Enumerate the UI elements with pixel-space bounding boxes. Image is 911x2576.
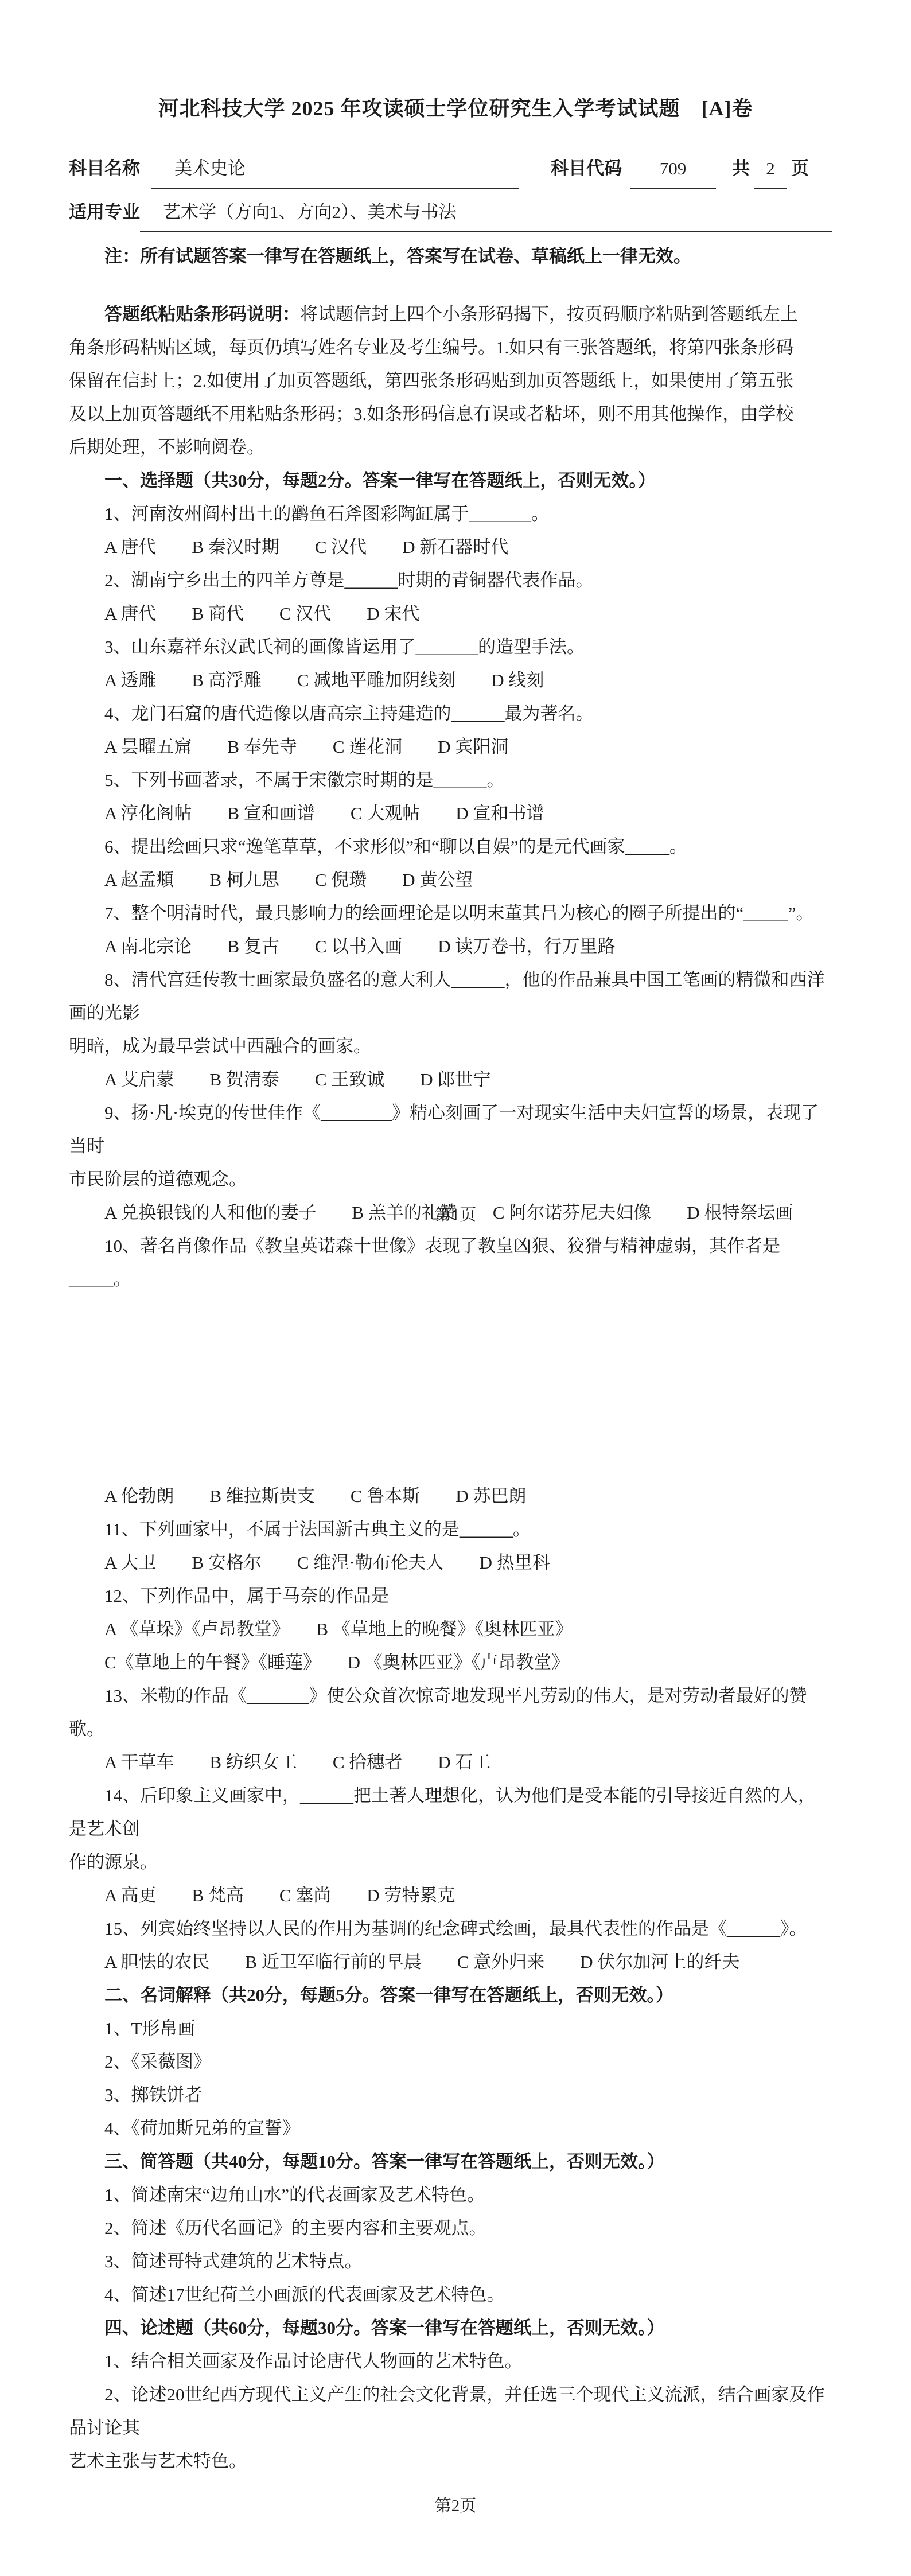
subject-code-value: 709 xyxy=(630,157,716,189)
question-11-stem: 11、下列画家中，不属于法国新古典主义的是______。 xyxy=(69,1513,832,1546)
question-11-options: A 大卫 B 安格尔 C 维涅·勒布伦夫人 D 热里科 xyxy=(69,1546,832,1579)
question-6-options: A 赵孟頫 B 柯九思 C 倪瓒 D 黄公望 xyxy=(69,863,832,897)
question-7-stem: 7、整个明清时代，最具影响力的绘画理论是以明末董其昌为核心的圈子所提出的“___… xyxy=(69,897,832,930)
question-4-stem: 4、龙门石窟的唐代造像以唐高宗主持建造的______最为著名。 xyxy=(69,697,832,730)
section-1-heading: 一、选择题（共30分，每题2分。答案一律写在答题纸上，否则无效。） xyxy=(69,464,832,497)
question-4-options: A 昙曜五窟 B 奉先寺 C 莲花洞 D 宾阳洞 xyxy=(69,730,832,764)
question-1-options: A 唐代 B 秦汉时期 C 汉代 D 新石器时代 xyxy=(69,531,832,564)
applicable-major-label: 适用专业 xyxy=(69,200,140,232)
section-2-item-2: 2、《采薇图》 xyxy=(69,2045,832,2079)
question-3-stem: 3、山东嘉祥东汉武氏祠的画像皆运用了_______的造型手法。 xyxy=(69,631,832,664)
section-2-item-3: 3、掷铁饼者 xyxy=(69,2079,832,2112)
page-break xyxy=(0,1296,911,1480)
question-14-stem: 14、后印象主义画家中，______把土著人理想化，认为他们是受本能的引导接近自… xyxy=(69,1779,832,1879)
section-2-item-1: 1、T形帛画 xyxy=(69,2012,832,2045)
answer-sheet-note: 注：所有试题答案一律写在答题纸上，答案写在试卷、草稿纸上一律无效。 xyxy=(69,244,832,269)
question-14-options: A 高更 B 梵高 C 塞尚 D 劳特累克 xyxy=(69,1879,832,1912)
question-5-stem: 5、下列书画著录，不属于宋徽宗时期的是______。 xyxy=(69,764,832,797)
section-4-heading: 四、论述题（共60分，每题30分。答案一律写在答题纸上，否则无效。） xyxy=(69,2312,832,2345)
question-10-options: A 伦勃朗 B 维拉斯贵支 C 鲁本斯 D 苏巴朗 xyxy=(69,1480,832,1513)
applicable-major-value: 艺术学（方向1、方向2）、美术与书法 xyxy=(140,200,832,232)
question-7-options: A 南北宗论 B 复古 C 以书入画 D 读万卷书，行万里路 xyxy=(69,930,832,963)
question-8-options: A 艾启蒙 B 贺清泰 C 王致诚 D 郎世宁 xyxy=(69,1063,832,1096)
exam-paper: 河北科技大学 2025 年攻读硕士学位研究生入学考试试题 [A]卷 科目名称 美… xyxy=(0,0,911,2576)
question-13-stem: 13、米勒的作品《_______》使公众首次惊奇地发现平凡劳动的伟大，是对劳动者… xyxy=(69,1679,832,1746)
section-3-item-1: 1、简述南宋“边角山水”的代表画家及艺术特色。 xyxy=(69,2178,832,2212)
barcode-instructions-lead: 答题纸粘贴条形码说明： xyxy=(104,304,300,324)
pages-unit-label: 页 xyxy=(791,157,809,189)
question-9-stem: 9、扬·凡·埃克的传世佳作《________》精心刻画了一对现实生活中夫妇宣誓的… xyxy=(69,1096,832,1196)
question-13-options: A 干草车 B 纺织女工 C 拾穗者 D 石工 xyxy=(69,1746,832,1779)
question-1-stem: 1、河南汝州阎村出土的鹳鱼石斧图彩陶缸属于_______。 xyxy=(69,497,832,531)
total-pages-value: 2 xyxy=(754,157,787,189)
question-10-stem: 10、著名肖像作品《教皇英诺森十世像》表现了教皇凶狠、狡猾与精神虚弱，其作者是_… xyxy=(69,1229,832,1296)
page-title: 河北科技大学 2025 年攻读硕士学位研究生入学考试试题 [A]卷 xyxy=(0,95,911,122)
section-2-item-4: 4、《荷加斯兄弟的宣誓》 xyxy=(69,2112,832,2145)
barcode-instructions-body: 将试题信封上四个小条形码揭下，按页码顺序粘贴到答题纸左上 角条形码粘贴区域，每页… xyxy=(69,304,798,457)
meta-row-major: 适用专业 艺术学（方向1、方向2）、美术与书法 xyxy=(69,200,832,232)
question-12-stem: 12、下列作品中，属于马奈的作品是 xyxy=(69,1579,832,1613)
page-1-footer: 第1页 xyxy=(0,1203,911,1228)
page-2-footer: 第2页 xyxy=(0,2493,911,2519)
total-pages-label: 共 xyxy=(732,157,750,189)
meta-row-subject: 科目名称 美术史论 科目代码 709 共 2 页 xyxy=(69,157,832,189)
question-5-options: A 淳化阁帖 B 宣和画谱 C 大观帖 D 宣和书谱 xyxy=(69,797,832,830)
subject-code-label: 科目代码 xyxy=(551,157,622,189)
section-3-heading: 三、简答题（共40分，每题10分。答案一律写在答题纸上，否则无效。） xyxy=(69,2145,832,2178)
section-4-item-2: 2、论述20世纪西方现代主义产生的社会文化背景，并任选三个现代主义流派，结合画家… xyxy=(69,2378,832,2478)
question-8-stem: 8、清代宫廷传教士画家最负盛名的意大利人______，他的作品兼具中国工笔画的精… xyxy=(69,963,832,1063)
section-4-item-1: 1、结合相关画家及作品讨论唐代人物画的艺术特色。 xyxy=(69,2345,832,2378)
question-2-stem: 2、湖南宁乡出土的四羊方尊是______时期的青铜器代表作品。 xyxy=(69,564,832,597)
section-3-item-4: 4、简述17世纪荷兰小画派的代表画家及艺术特色。 xyxy=(69,2278,832,2312)
question-2-options: A 唐代 B 商代 C 汉代 D 宋代 xyxy=(69,597,832,631)
section-2-heading: 二、名词解释（共20分，每题5分。答案一律写在答题纸上，否则无效。） xyxy=(69,1979,832,2012)
question-15-options: A 胆怯的农民 B 近卫军临行前的早晨 C 意外归来 D 伏尔加河上的纤夫 xyxy=(69,1945,832,1979)
section-3-item-3: 3、简述哥特式建筑的艺术特点。 xyxy=(69,2245,832,2278)
subject-name-value: 美术史论 xyxy=(151,157,519,189)
page-1-body: 一、选择题（共30分，每题2分。答案一律写在答题纸上，否则无效。） 1、河南汝州… xyxy=(69,464,832,1296)
question-12-options-row2: C《草地上的午餐》《睡莲》 D 《奥林匹亚》《卢昂教堂》 xyxy=(69,1646,832,1679)
question-12-options-row1: A 《草垛》《卢昂教堂》 B 《草地上的晚餐》《奥林匹亚》 xyxy=(69,1613,832,1646)
subject-name-label: 科目名称 xyxy=(69,157,140,189)
question-6-stem: 6、提出绘画只求“逸笔草草，不求形似”和“聊以自娱”的是元代画家_____。 xyxy=(69,830,832,863)
page-2-body: A 伦勃朗 B 维拉斯贵支 C 鲁本斯 D 苏巴朗 11、下列画家中，不属于法国… xyxy=(69,1480,832,2478)
section-3-item-2: 2、简述《历代名画记》的主要内容和主要观点。 xyxy=(69,2212,832,2245)
exam-meta: 科目名称 美术史论 科目代码 709 共 2 页 适用专业 艺术学（方向1、方向… xyxy=(69,157,832,232)
question-3-options: A 透雕 B 高浮雕 C 减地平雕加阴线刻 D 线刻 xyxy=(69,664,832,697)
barcode-instructions: 答题纸粘贴条形码说明：将试题信封上四个小条形码揭下，按页码顺序粘贴到答题纸左上 … xyxy=(69,298,832,464)
question-15-stem: 15、列宾始终坚持以人民的作用为基调的纪念碑式绘画，最具代表性的作品是《____… xyxy=(69,1912,832,1945)
